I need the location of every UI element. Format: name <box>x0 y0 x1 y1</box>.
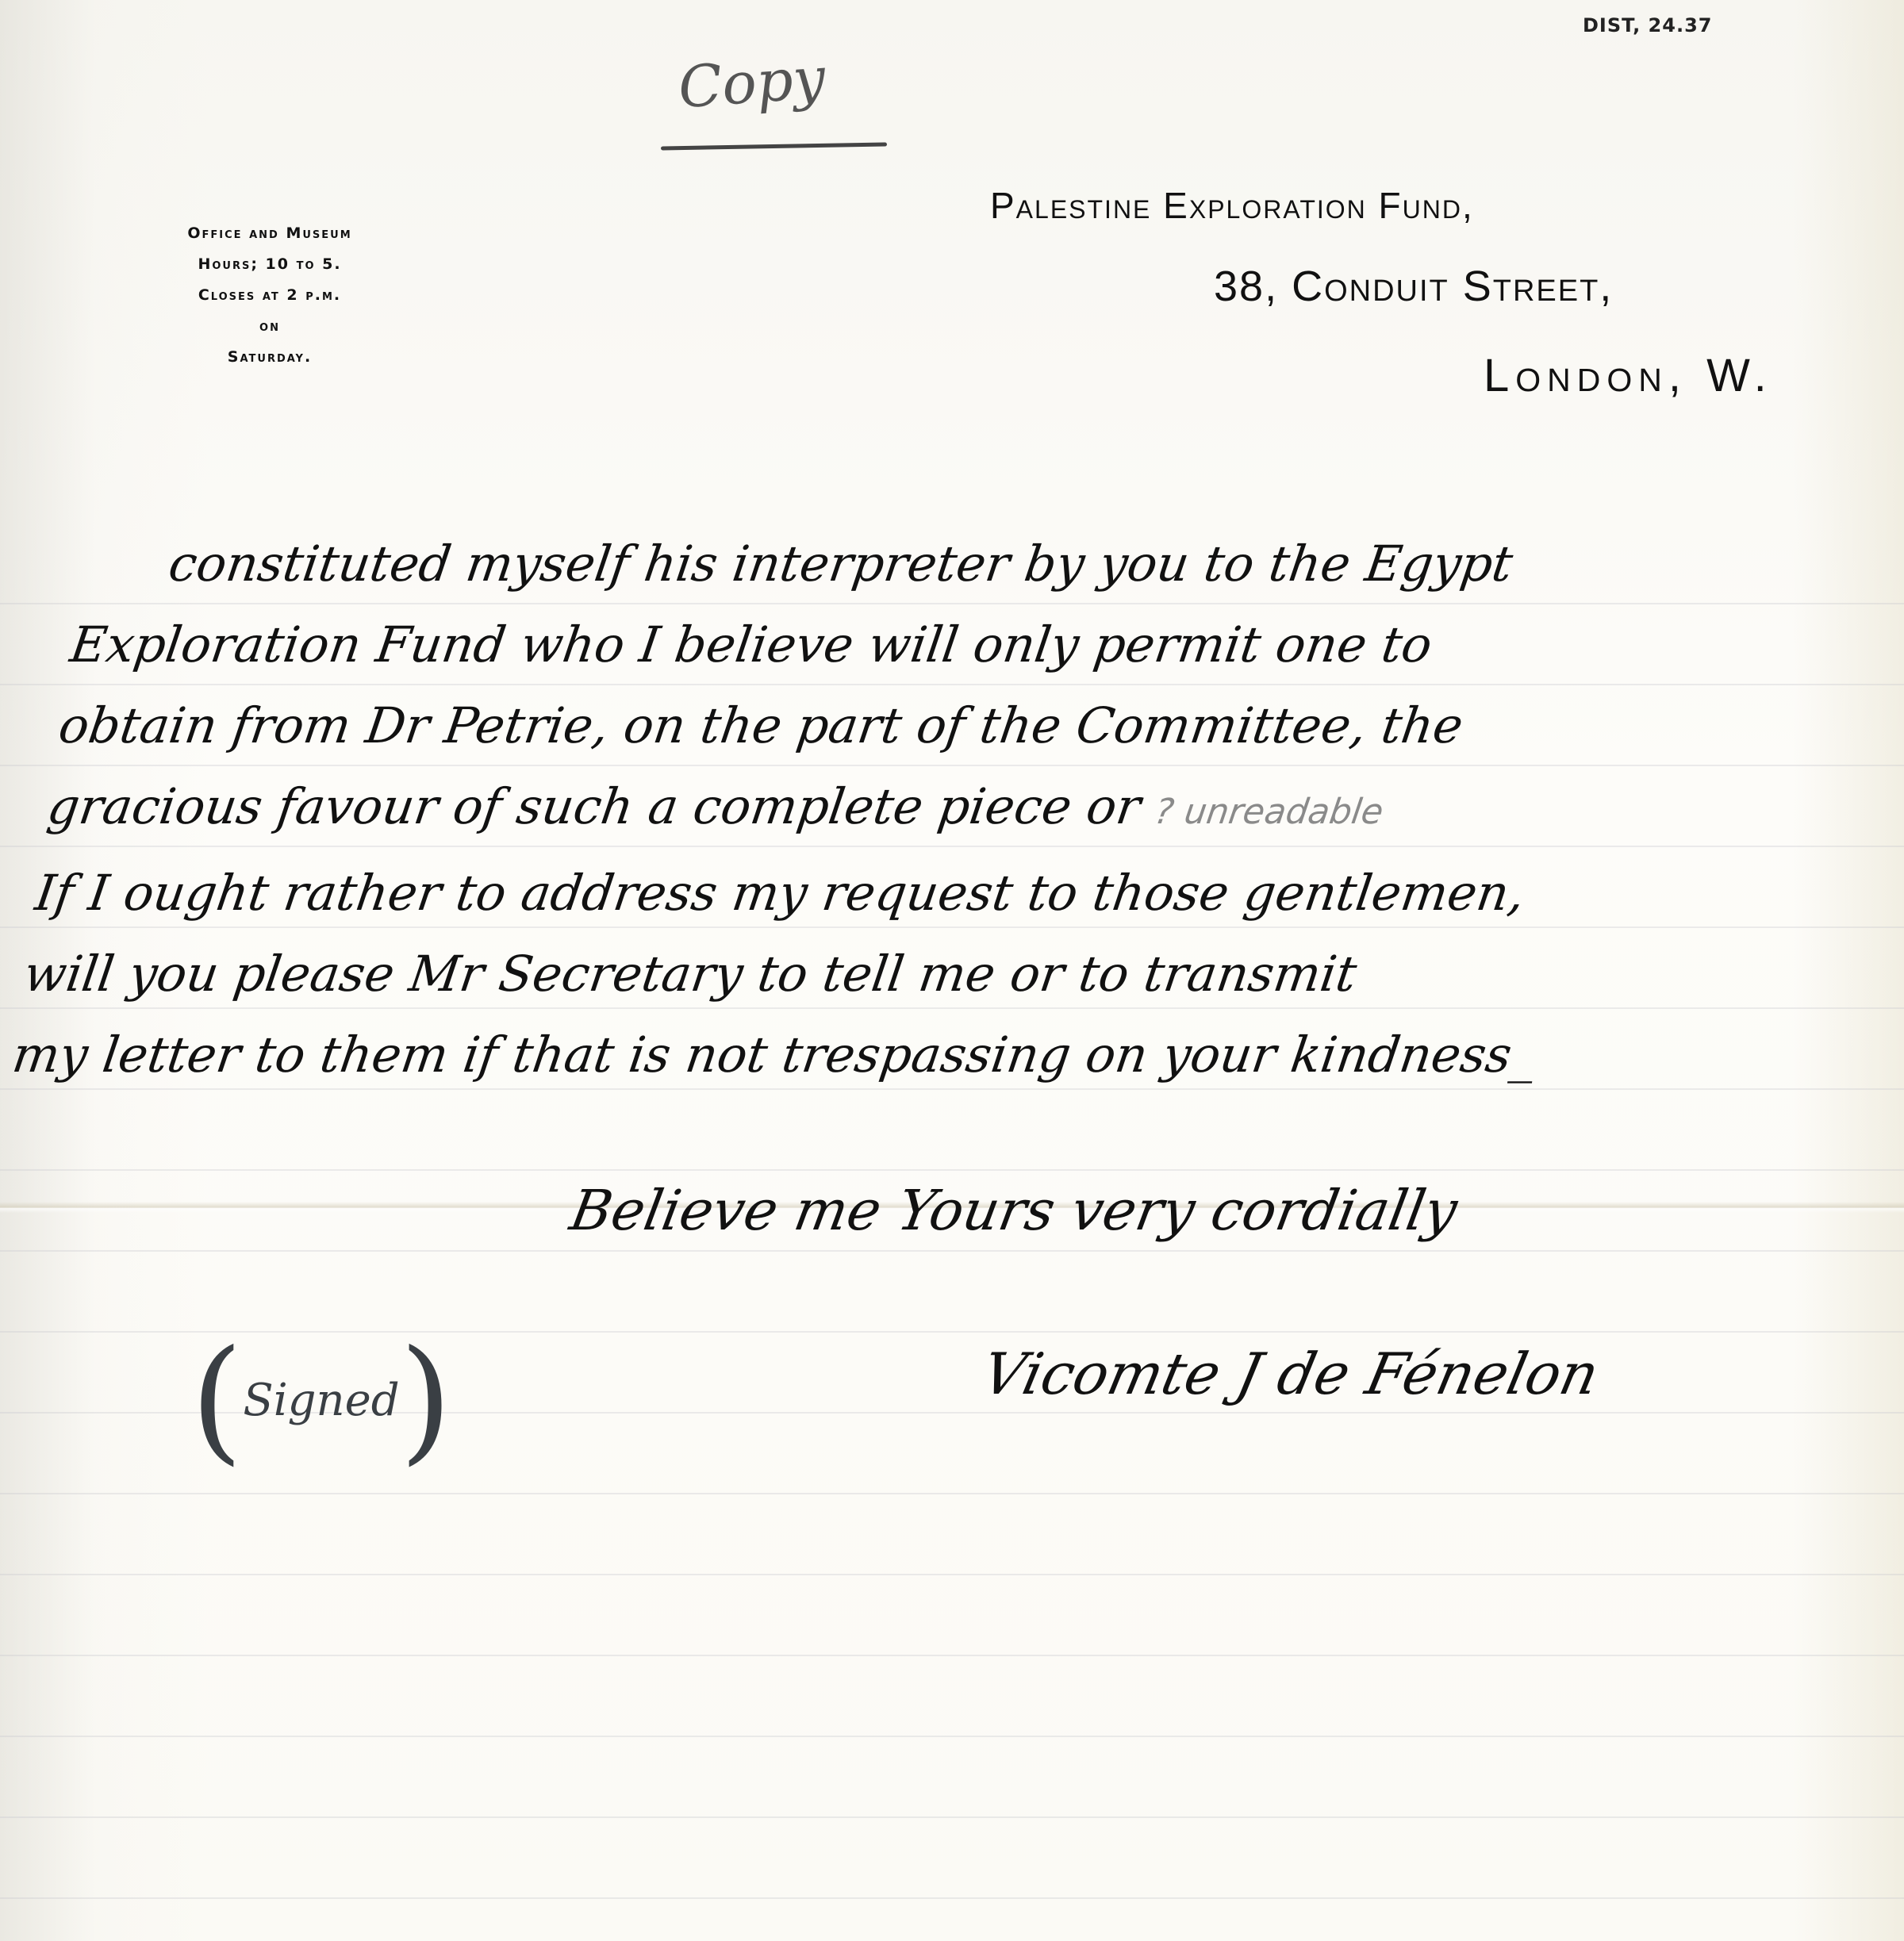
pencil-insertion: ? unreadable <box>1152 792 1386 832</box>
ruled-line <box>0 1493 1904 1494</box>
letter-body: constituted myself his interpreter by yo… <box>7 524 1904 1095</box>
body-line: If I ought rather to address my request … <box>30 853 1866 934</box>
office-hours-line: Saturday. <box>127 342 413 373</box>
office-hours-line: Hours; 10 to 5. <box>127 249 413 280</box>
body-line: my letter to them if that is not trespas… <box>7 1015 1843 1095</box>
ruled-line <box>0 1816 1904 1818</box>
ruled-line <box>0 1169 1904 1171</box>
body-line: constituted myself his interpreter by yo… <box>76 524 1904 604</box>
body-line-text: gracious favour of such a complete piece… <box>44 777 1144 835</box>
office-hours-line: on <box>127 311 413 342</box>
signed-label: Signed <box>243 1375 399 1426</box>
office-hours-line: Closes at 2 p.m. <box>127 280 413 311</box>
copy-annotation: Copy <box>676 44 827 121</box>
signature: Vicomte J de Fénelon <box>977 1341 1605 1407</box>
signed-annotation: ( Signed ) <box>242 1313 401 1487</box>
body-line: Exploration Fund who I believe will only… <box>65 604 1901 685</box>
letterhead-organization: Palestine Exploration Fund, <box>990 184 1474 227</box>
body-line: obtain from Dr Petrie, on the part of th… <box>54 685 1890 766</box>
office-hours-line: Office and Museum <box>127 218 413 249</box>
ruled-line <box>0 1574 1904 1575</box>
body-line-with-insertion: gracious favour of such a complete piece… <box>41 766 1878 853</box>
ruled-line <box>0 1250 1904 1252</box>
close-parenthesis-mark: ) <box>400 1333 452 1467</box>
closing-salutation: Believe me Yours very cordially <box>566 1178 1462 1243</box>
ruled-line <box>0 1897 1904 1899</box>
office-hours-block: Office and Museum Hours; 10 to 5. Closes… <box>127 218 413 373</box>
ruled-line <box>0 1655 1904 1656</box>
open-parenthesis-mark: ( <box>190 1333 243 1467</box>
body-line: will you please Mr Secretary to tell me … <box>19 934 1855 1015</box>
ruled-line <box>0 1736 1904 1737</box>
archive-reference: DIST, 24.37 <box>1583 14 1712 36</box>
letterhead-city: London, W. <box>1484 349 1773 402</box>
letterhead-street: 38, Conduit Street, <box>1214 262 1613 311</box>
